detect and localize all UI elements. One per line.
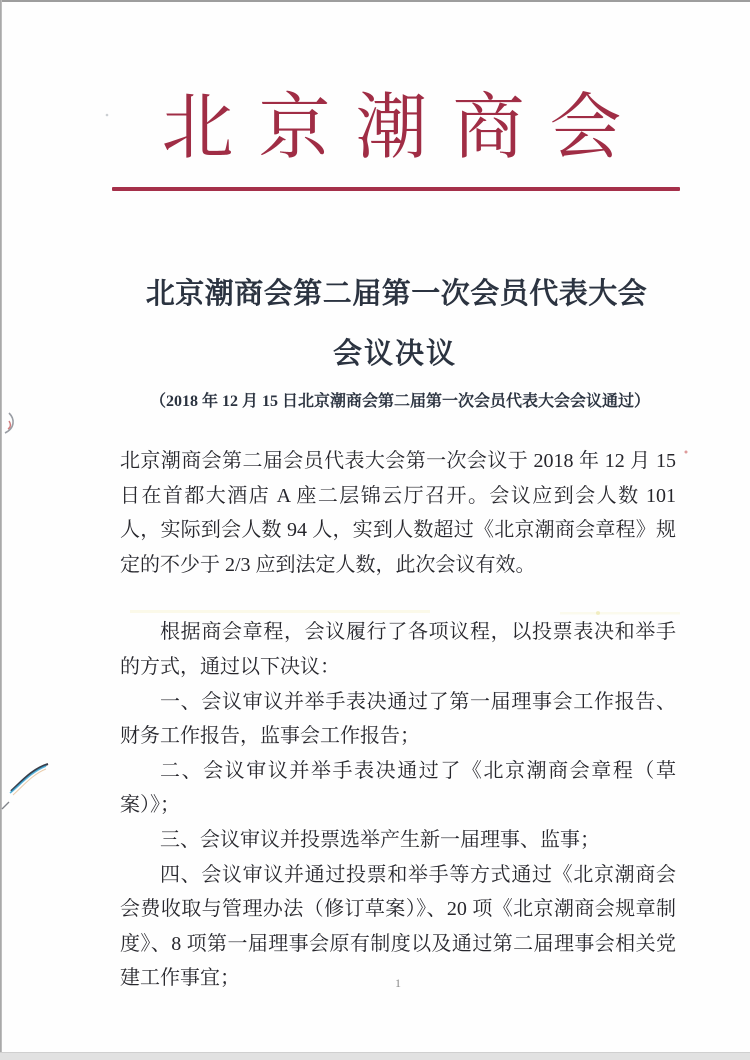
document-title-line1: 北京潮商会第二届第一次会员代表大会 [0,276,750,312]
document-title-line2: 会议决议 [0,336,750,372]
scan-hook-mark [5,413,13,433]
paragraph-opening: 北京潮商会第二届会员代表大会第一次会议于 2018 年 12 月 15 日在首都… [120,444,676,582]
letterhead-divider [112,187,680,191]
scan-edge-bottom [0,1052,750,1060]
page-number: 1 [120,976,676,991]
letterhead-org-name: 北京潮商会 [0,88,750,168]
resolution-item-3: 三、会议审议并投票选举产生新一届理事、监事； [120,823,676,858]
scan-squiggle-mark [11,764,48,791]
paragraph-resolution-intro: 根据商会章程，会议履行了各项议程，以投票表决和举手的方式，通过以下决议： [120,615,676,684]
resolution-item-2: 二、会议审议并举手表决通过了《北京潮商会章程（草案）》； [120,754,676,823]
scanned-page: 北京潮商会 北京潮商会第二届第一次会员代表大会 会议决议 （2018 年 12 … [0,0,750,1060]
scan-edge-top [0,0,750,2]
document-body: 北京潮商会第二届会员代表大会第一次会议于 2018 年 12 月 15 日在首都… [120,444,676,996]
approval-note: （2018 年 12 月 15 日北京潮商会第二届第一次会员代表大会会议通过） [0,391,750,413]
resolution-item-1: 一、会议审议并举手表决通过了第一届理事会工作报告、财务工作报告，监事会工作报告； [120,685,676,754]
